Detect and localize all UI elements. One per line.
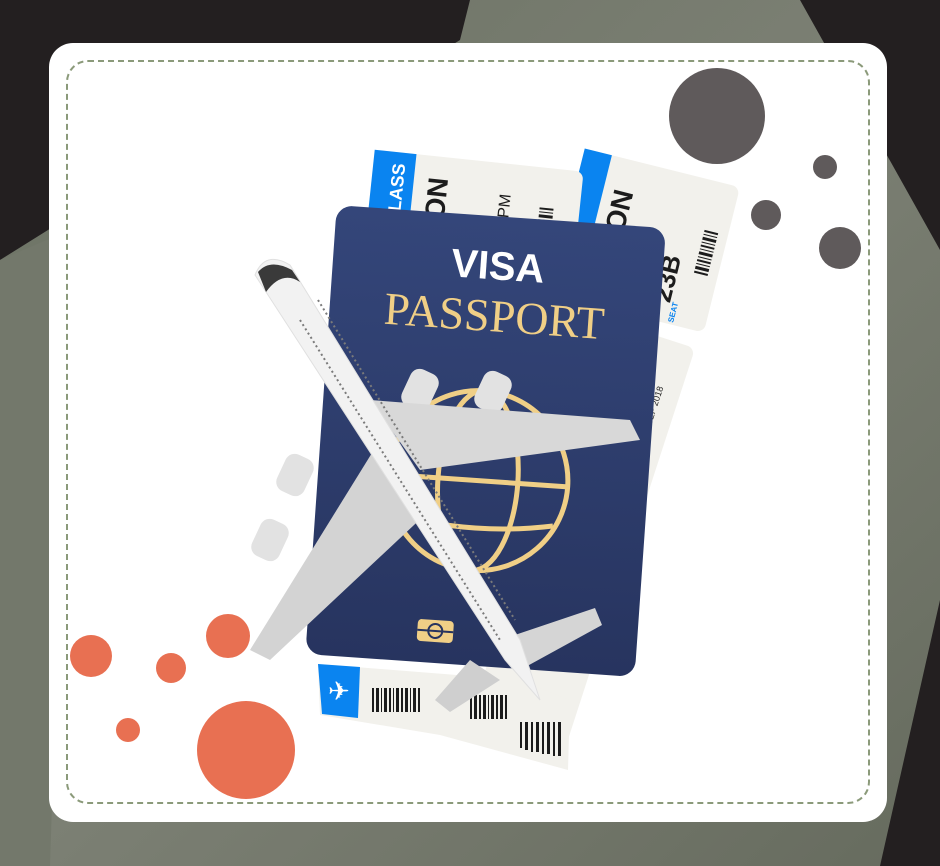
- illustration-stage: 6:55 PM 27 SEP 2018 LON 6:55 PM 23B SEAT…: [0, 0, 940, 866]
- visa-label: VISA: [450, 241, 546, 291]
- travel-illustration: 6:55 PM 27 SEP 2018 LON 6:55 PM 23B SEAT…: [0, 0, 940, 866]
- chip-icon: [417, 619, 454, 643]
- airplane-icon: ✈: [328, 676, 350, 706]
